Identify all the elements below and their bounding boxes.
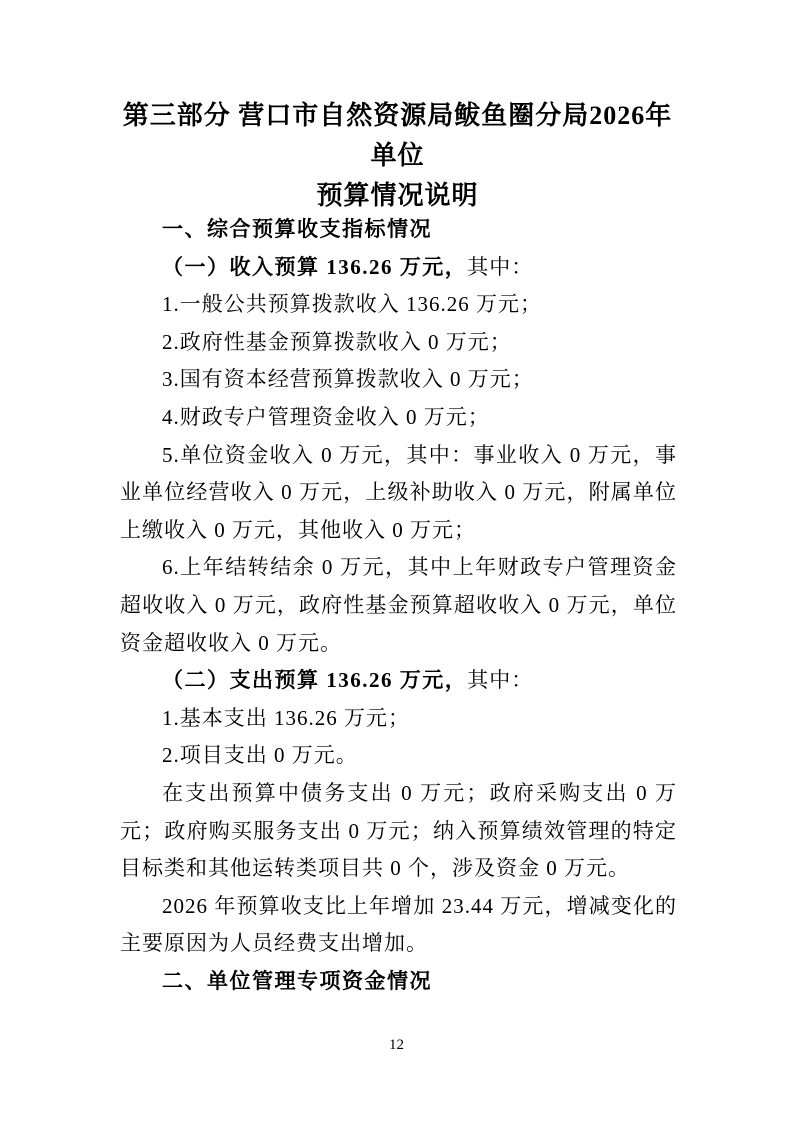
expense-budget-heading-rest: 其中： (467, 668, 533, 692)
income-item-unit-funds: 5.单位资金收入 0 万元，其中：事业收入 0 万元，事业单位经营收入 0 万元… (120, 437, 677, 550)
yoy-change-paragraph: 2026 年预算收支比上年增加 23.44 万元，增减变化的主要原因为人员经费支… (120, 888, 677, 963)
section-heading-special-funds: 二、单位管理专项资金情况 (120, 963, 677, 1001)
income-item-carryover: 6.上年结转结余 0 万元，其中上年财政专户管理资金超收收入 0 万元，政府性基… (120, 549, 677, 662)
page-title: 第三部分 营口市自然资源局鲅鱼圈分局2026年单位 预算情况说明 (110, 96, 685, 216)
expense-item-basic: 1.基本支出 136.26 万元； (120, 700, 677, 738)
income-item-fiscal-special-account: 4.财政专户管理资金收入 0 万元； (120, 399, 677, 437)
expense-note-paragraph: 在支出预算中债务支出 0 万元；政府采购支出 0 万元；政府购买服务支出 0 万… (120, 775, 677, 888)
income-budget-heading: （一）收入预算 136.26 万元，其中： (120, 249, 677, 287)
section-heading-comprehensive-budget: 一、综合预算收支指标情况 (120, 211, 677, 249)
expense-item-project: 2.项目支出 0 万元。 (120, 737, 677, 775)
expense-budget-heading-bold: （二）支出预算 136.26 万元， (162, 668, 467, 692)
income-item-government-fund: 2.政府性基金预算拨款收入 0 万元； (120, 324, 677, 362)
page-title-line-1: 第三部分 营口市自然资源局鲅鱼圈分局2026年单位 (110, 96, 685, 176)
page-number: 12 (0, 1037, 793, 1054)
page-title-line-2: 预算情况说明 (110, 176, 685, 216)
income-budget-heading-bold: （一）收入预算 136.26 万元， (162, 255, 467, 279)
income-item-general-public-budget: 1.一般公共预算拨款收入 136.26 万元； (120, 286, 677, 324)
document-page: 第三部分 营口市自然资源局鲅鱼圈分局2026年单位 预算情况说明 一、综合预算收… (0, 0, 793, 1122)
document-body: 一、综合预算收支指标情况 （一）收入预算 136.26 万元，其中： 1.一般公… (120, 211, 677, 1000)
income-item-state-capital: 3.国有资本经营预算拨款收入 0 万元； (120, 361, 677, 399)
expense-budget-heading: （二）支出预算 136.26 万元，其中： (120, 662, 677, 700)
income-budget-heading-rest: 其中： (467, 255, 533, 279)
